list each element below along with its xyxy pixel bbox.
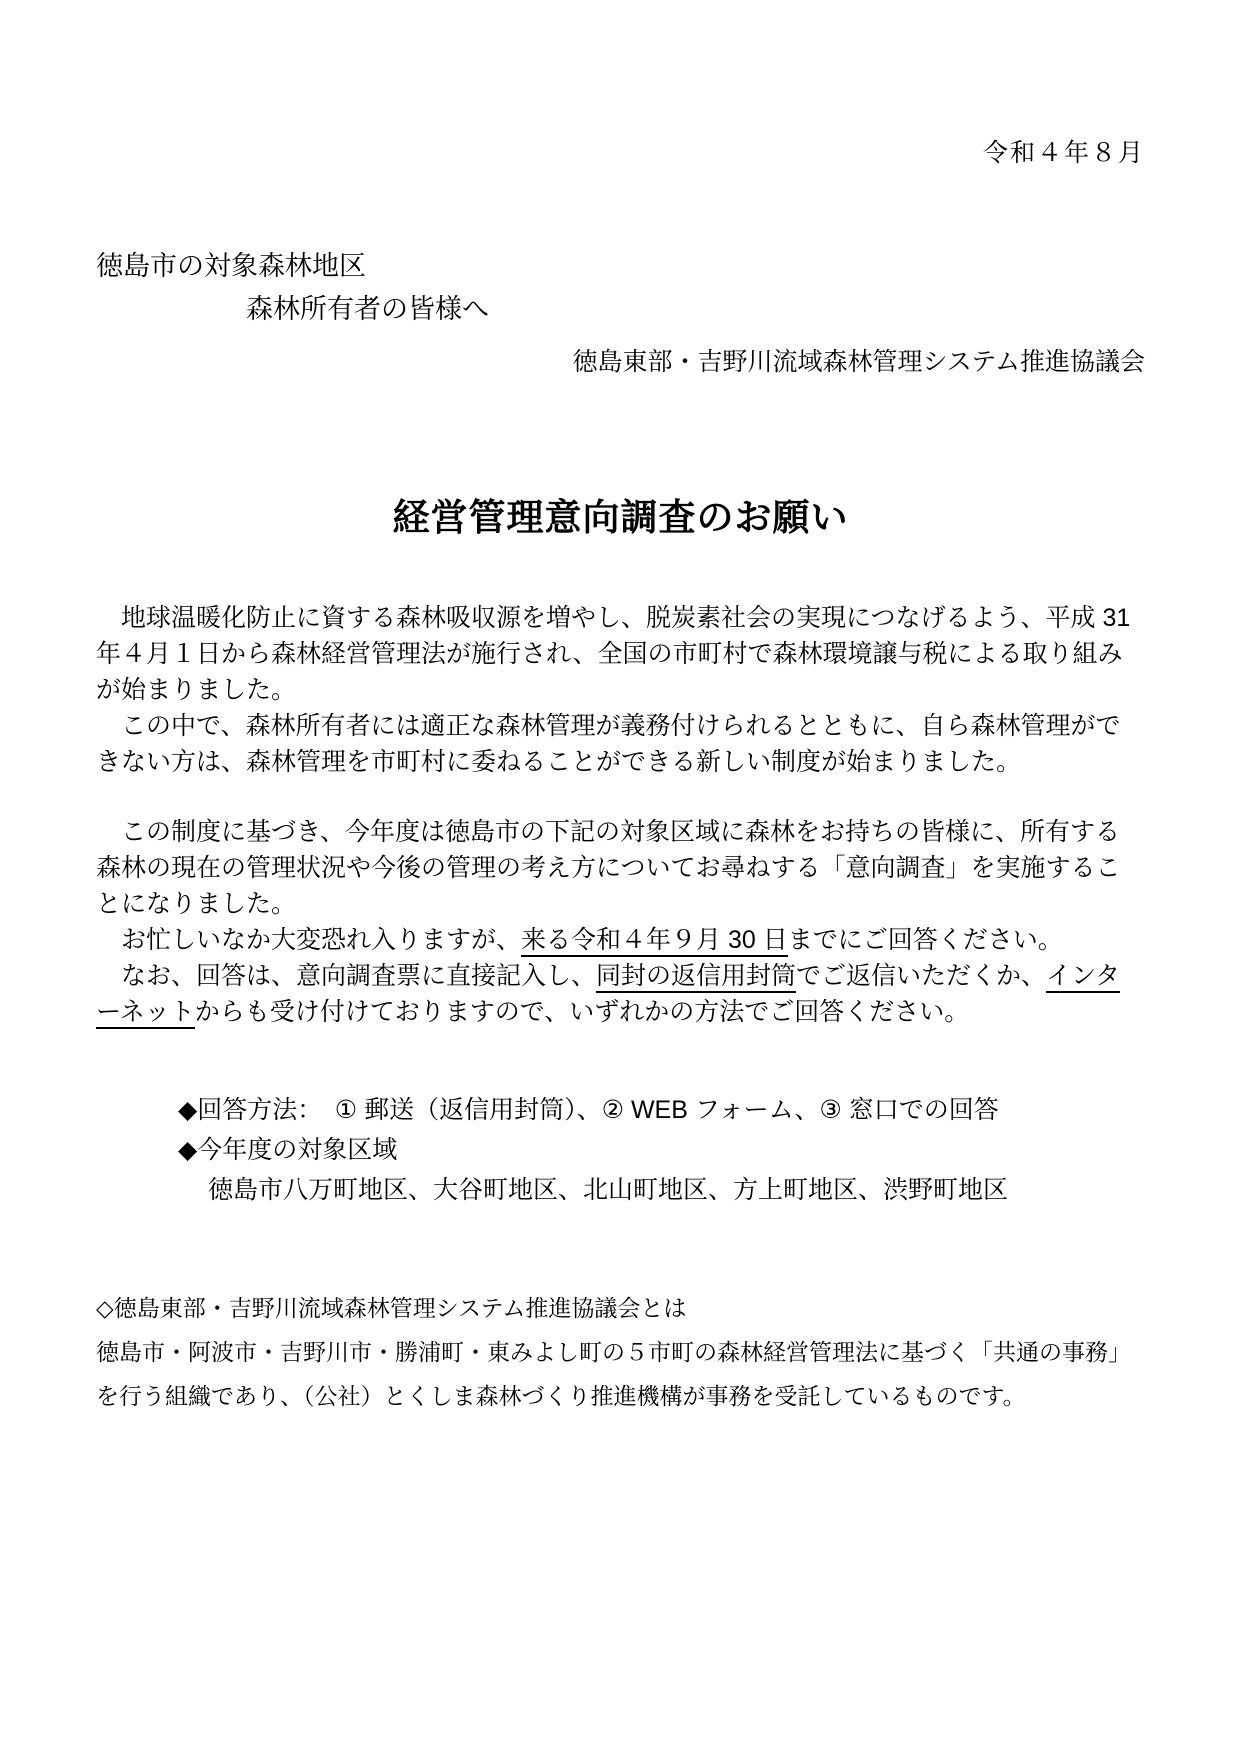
text-line: が始まりました。: [96, 672, 1145, 708]
sender-organization: 徳島東部・吉野川流域森林管理システム推進協議会: [96, 347, 1145, 378]
text-run: でご返信いただくか、: [796, 962, 1046, 990]
text-run: お忙しいなか大変恐れ入りますが、: [96, 926, 521, 954]
document-page: 令和４年８月 徳島市の対象森林地区 森林所有者の皆様へ 徳島東部・吉野川流域森林…: [0, 0, 1241, 1755]
text-line: きない方は、森林管理を市町村に委ねることができる新しい制度が始まりました。: [96, 744, 1145, 780]
text-run: なお、回答は、意向調査票に直接記入し、: [96, 962, 596, 990]
document-date: 令和４年８月: [96, 138, 1145, 169]
text-line: 森林の現在の管理状況や今後の管理の考え方についてお尋ねする「意向調査」を実施する…: [96, 850, 1145, 886]
text-run: 徳島市八万町地区、大谷町地区、北山町地区、方上町地区、渋野町地区: [208, 1176, 1008, 1204]
text-run: が始まりました。: [96, 676, 296, 704]
text-run: 森林の現在の管理状況や今後の管理の考え方についてお尋ねする「意向調査」を実施する…: [96, 854, 1121, 882]
text-run: とになりました。: [96, 890, 296, 918]
text-line: ーネットからも受け付けておりますので、いずれかの方法でご回答ください。: [96, 994, 1145, 1030]
text-run: この中で、森林所有者には適正な森林管理が義務付けられるとともに、自ら森林管理がで: [96, 712, 1121, 740]
text-run: からも受け付けておりますので、いずれかの方法でご回答ください。: [195, 998, 970, 1026]
text-line: ◆今年度の対象区域: [96, 1130, 1145, 1170]
underlined-text: 来る令和４年９月 30 日: [521, 926, 788, 957]
text-line: 地球温暖化防止に資する森林吸収源を増やし、脱炭素社会の実現につなげるよう、平成 …: [96, 600, 1145, 636]
text-line: 徳島市八万町地区、大谷町地区、北山町地区、方上町地区、渋野町地区: [96, 1170, 1145, 1210]
text-run: 年４月１日から森林経営管理法が施行され、全国の市町村で森林環境譲与税による取り組…: [96, 640, 1123, 668]
text-run: 地球温暖化防止に資する森林吸収源を増やし、脱炭素社会の実現につなげるよう、平成 …: [96, 604, 1130, 632]
body-text: 地球温暖化防止に資する森林吸収源を増やし、脱炭素社会の実現につなげるよう、平成 …: [96, 600, 1145, 1030]
addressee-line-1: 徳島市の対象森林地区: [96, 245, 1145, 288]
document-title: 経営管理意向調査のお願い: [96, 496, 1145, 540]
text-run: を行う組織であり、（公社）とくしま森林づくり推進機構が事務を受託しているものです…: [96, 1383, 1026, 1409]
footer-note: ◇徳島東部・吉野川流域森林管理システム推進協議会とは徳島市・阿波市・吉野川市・勝…: [96, 1286, 1145, 1418]
text-run: きない方は、森林管理を市町村に委ねることができる新しい制度が始まりました。: [96, 748, 1021, 776]
underlined-text: ーネット: [96, 998, 195, 1029]
underlined-text: 同封の返信用封筒: [596, 962, 796, 993]
text-run: ◆回答方法： ① 郵送（返信用封筒）、② WEB フォーム、③ 窓口での回答: [178, 1096, 999, 1124]
addressee-block: 徳島市の対象森林地区 森林所有者の皆様へ: [96, 245, 1145, 331]
answer-method-section: ◆回答方法： ① 郵送（返信用封筒）、② WEB フォーム、③ 窓口での回答◆今…: [96, 1090, 1145, 1210]
text-line: 年４月１日から森林経営管理法が施行され、全国の市町村で森林環境譲与税による取り組…: [96, 636, 1145, 672]
text-run: ◆今年度の対象区域: [178, 1136, 397, 1164]
text-run: ◇徳島東部・吉野川流域森林管理システム推進協議会とは: [96, 1295, 686, 1321]
underlined-text: インタ: [1046, 962, 1120, 993]
text-run: この制度に基づき、今年度は徳島市の下記の対象区域に森林をお持ちの皆様に、所有する: [96, 818, 1120, 846]
text-line: この制度に基づき、今年度は徳島市の下記の対象区域に森林をお持ちの皆様に、所有する: [96, 814, 1145, 850]
text-line: なお、回答は、意向調査票に直接記入し、同封の返信用封筒でご返信いただくか、インタ: [96, 958, 1145, 994]
text-run: 徳島市・阿波市・吉野川市・勝浦町・東みよし町の５市町の森林経営管理法に基づく「共…: [96, 1339, 1131, 1365]
text-line: 徳島市・阿波市・吉野川市・勝浦町・東みよし町の５市町の森林経営管理法に基づく「共…: [96, 1330, 1145, 1374]
text-run: までにご回答ください。: [788, 926, 1063, 954]
text-line: ◆回答方法： ① 郵送（返信用封筒）、② WEB フォーム、③ 窓口での回答: [96, 1090, 1145, 1130]
text-line: お忙しいなか大変恐れ入りますが、来る令和４年９月 30 日までにご回答ください。: [96, 922, 1145, 958]
text-line: を行う組織であり、（公社）とくしま森林づくり推進機構が事務を受託しているものです…: [96, 1374, 1145, 1418]
text-line: ◇徳島東部・吉野川流域森林管理システム推進協議会とは: [96, 1286, 1145, 1330]
document-content: 令和４年８月 徳島市の対象森林地区 森林所有者の皆様へ 徳島東部・吉野川流域森林…: [0, 138, 1241, 1418]
addressee-line-2: 森林所有者の皆様へ: [96, 288, 1145, 331]
text-line: とになりました。: [96, 886, 1145, 922]
text-line: この中で、森林所有者には適正な森林管理が義務付けられるとともに、自ら森林管理がで: [96, 708, 1145, 744]
